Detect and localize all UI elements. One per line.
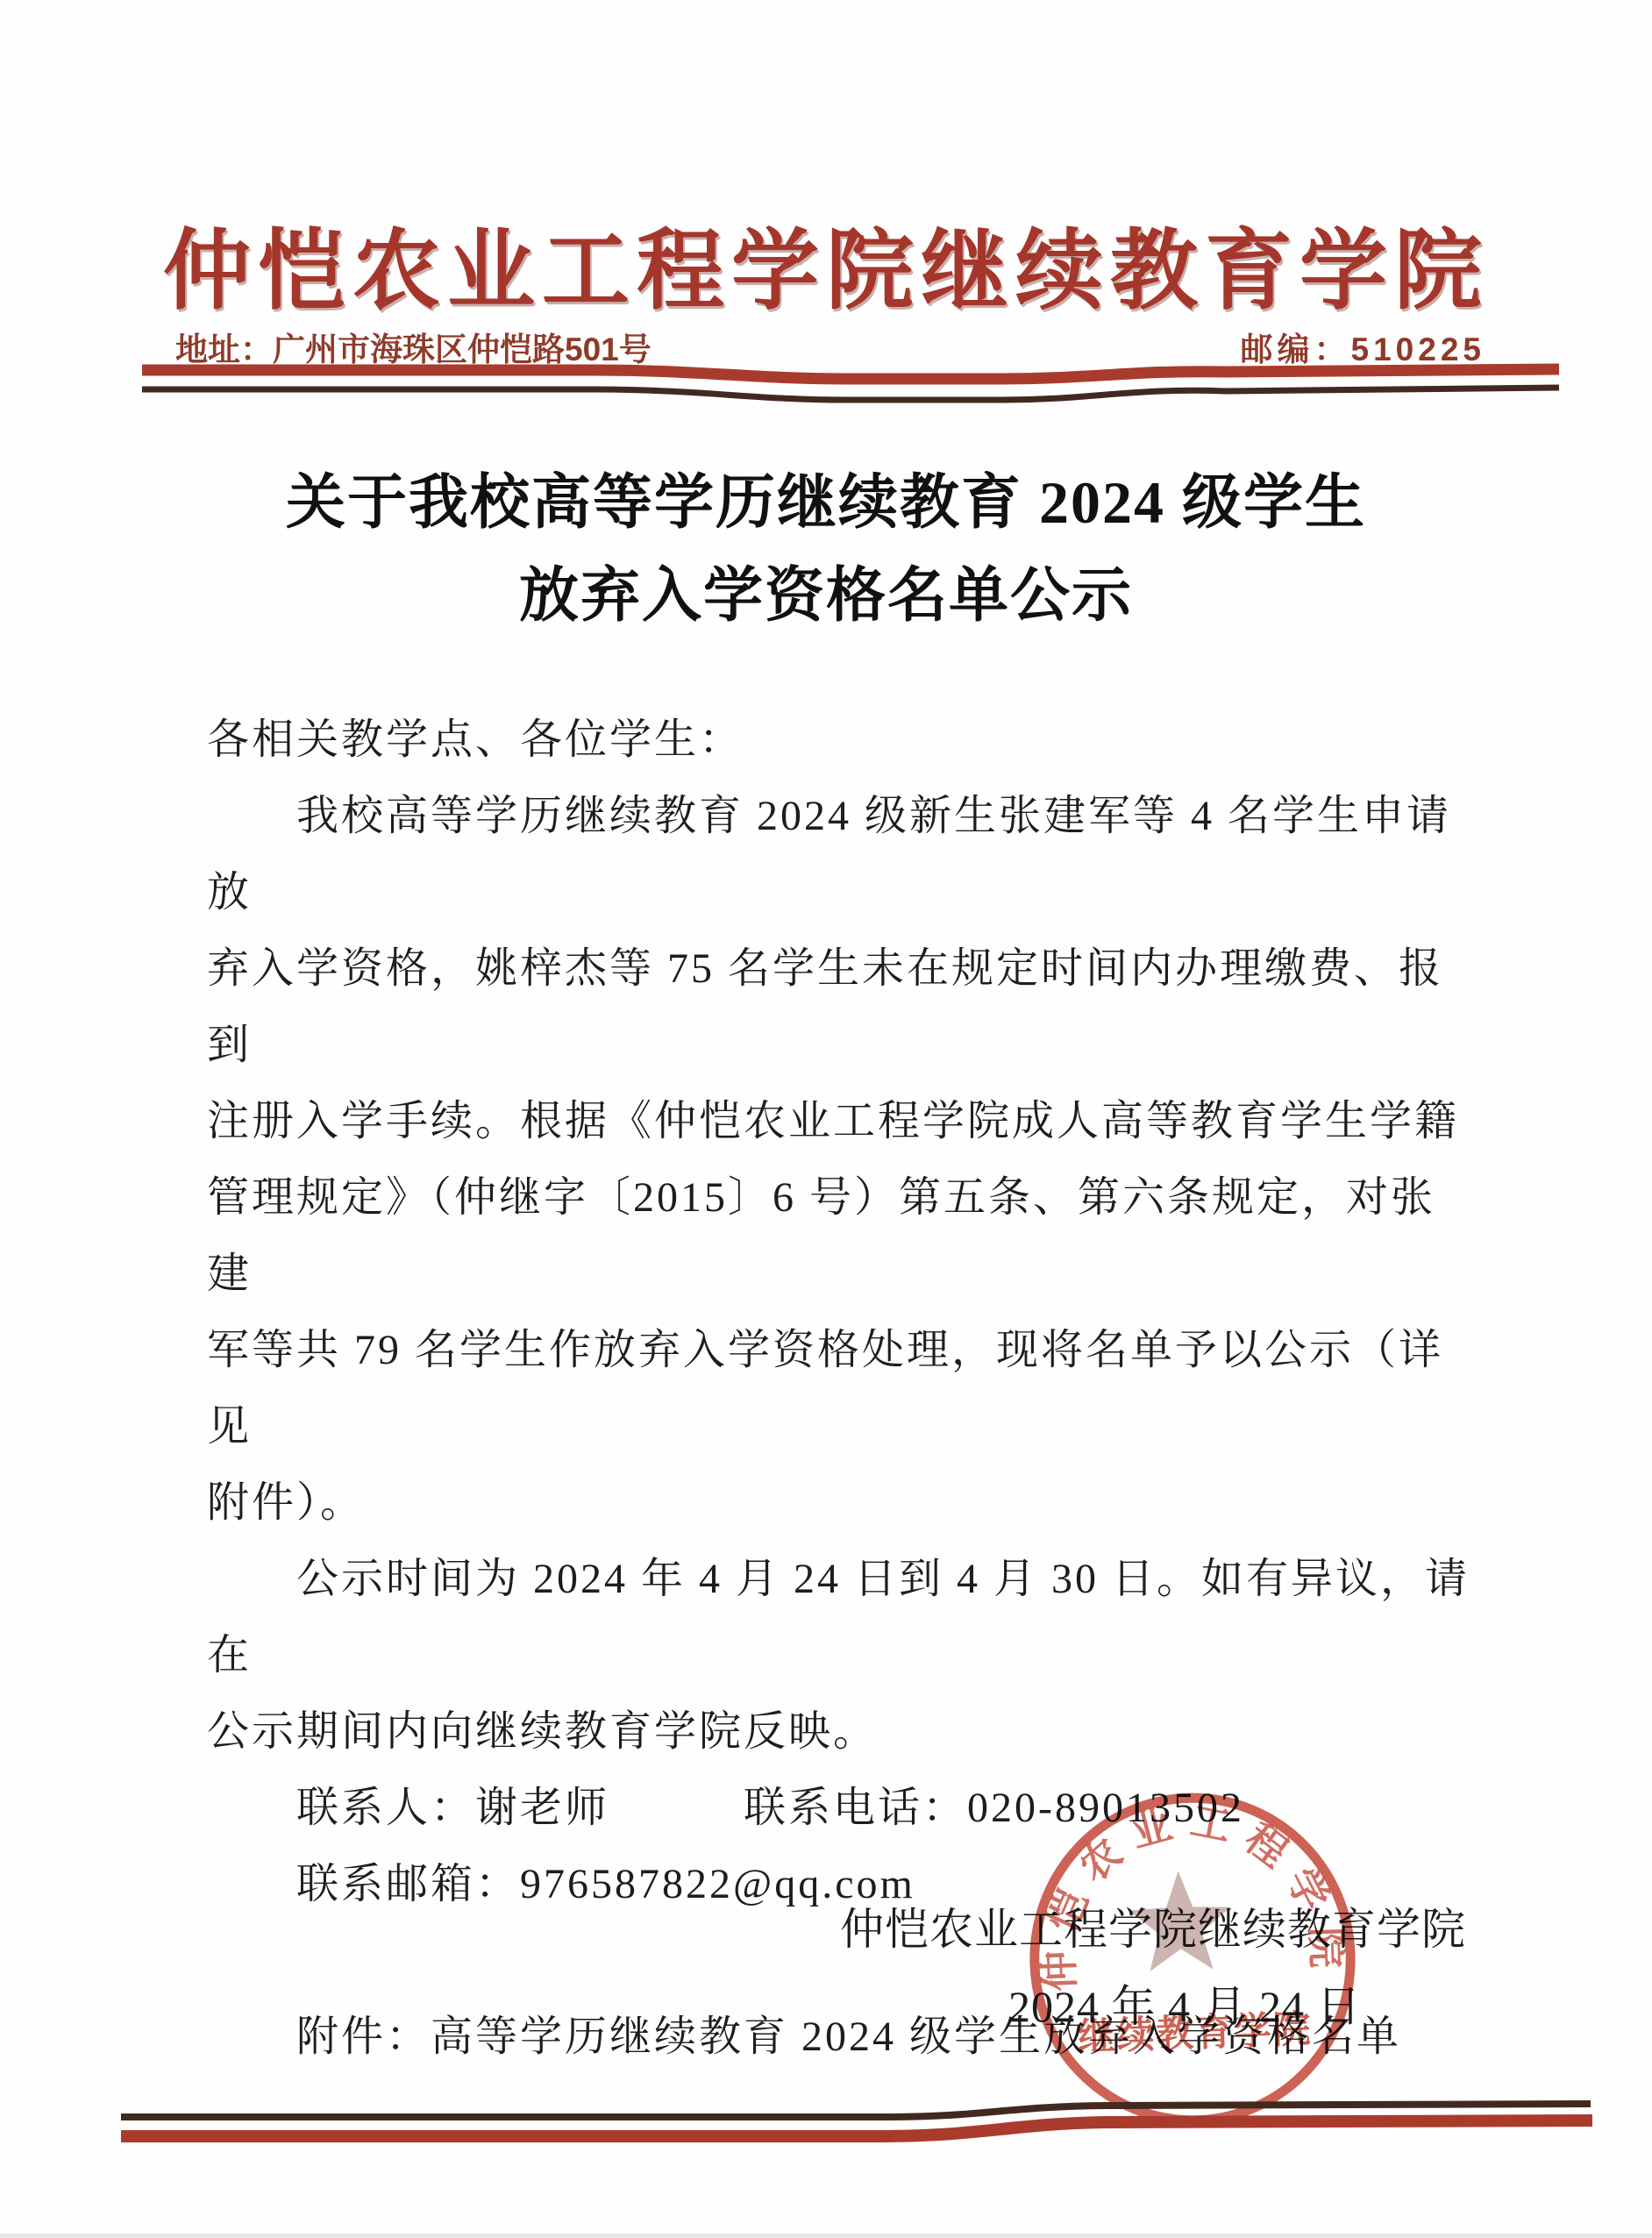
seal-star-icon <box>1127 1869 1233 1971</box>
official-seal: 仲恺农业工程学院 继续教育学院 <box>1015 1778 1371 2140</box>
letterhead-org-name: 仲恺农业工程学院继续教育学院 <box>0 200 1652 326</box>
document-title-line1: 关于我校高等学历继续教育 2024 级学生 <box>0 456 1652 549</box>
body-text-line: 附件）。 <box>207 1465 1478 1541</box>
body-text-line: 我校高等学历继续教育 2024 级新生张建军等 4 名学生申请放 <box>207 778 1478 930</box>
body-text-line: 注册入学手续。根据《仲恺农业工程学院成人高等教育学生学籍 <box>207 1083 1478 1159</box>
body-text-line: 军等共 79 名学生作放弃入学资格处理，现将名单予以公示（详见 <box>207 1312 1478 1465</box>
body-text-line: 各相关教学点、各位学生： <box>207 702 1478 778</box>
body-text-line: 管理规定》（仲继字〔2015〕6 号）第五条、第六条规定，对张建 <box>207 1159 1478 1312</box>
scan-edge <box>0 2234 1652 2238</box>
letterhead-divider-rule <box>139 360 1563 405</box>
footer-divider-rule <box>114 2098 1596 2147</box>
document-title: 关于我校高等学历继续教育 2024 级学生 放弃入学资格名单公示 <box>0 456 1652 642</box>
seal-arc-text: 仲恺农业工程学院 <box>1031 1793 1349 1992</box>
body-text-line: 公示时间为 2024 年 4 月 24 日到 4 月 30 日。如有异议，请在 <box>207 1541 1478 1693</box>
document-title-line2: 放弃入学资格名单公示 <box>0 549 1652 642</box>
body-text-line: 公示期间内向继续教育学院反映。 <box>207 1693 1478 1770</box>
document-page: 仲恺农业工程学院继续教育学院 地址：广州市海珠区仲恺路501号 邮编：51022… <box>0 0 1652 2238</box>
seal-bottom-text: 继续教育学院 <box>1078 2008 1314 2059</box>
body-text-line: 弃入学资格，姚梓杰等 75 名学生未在规定时间内办理缴费、报到 <box>207 930 1478 1083</box>
